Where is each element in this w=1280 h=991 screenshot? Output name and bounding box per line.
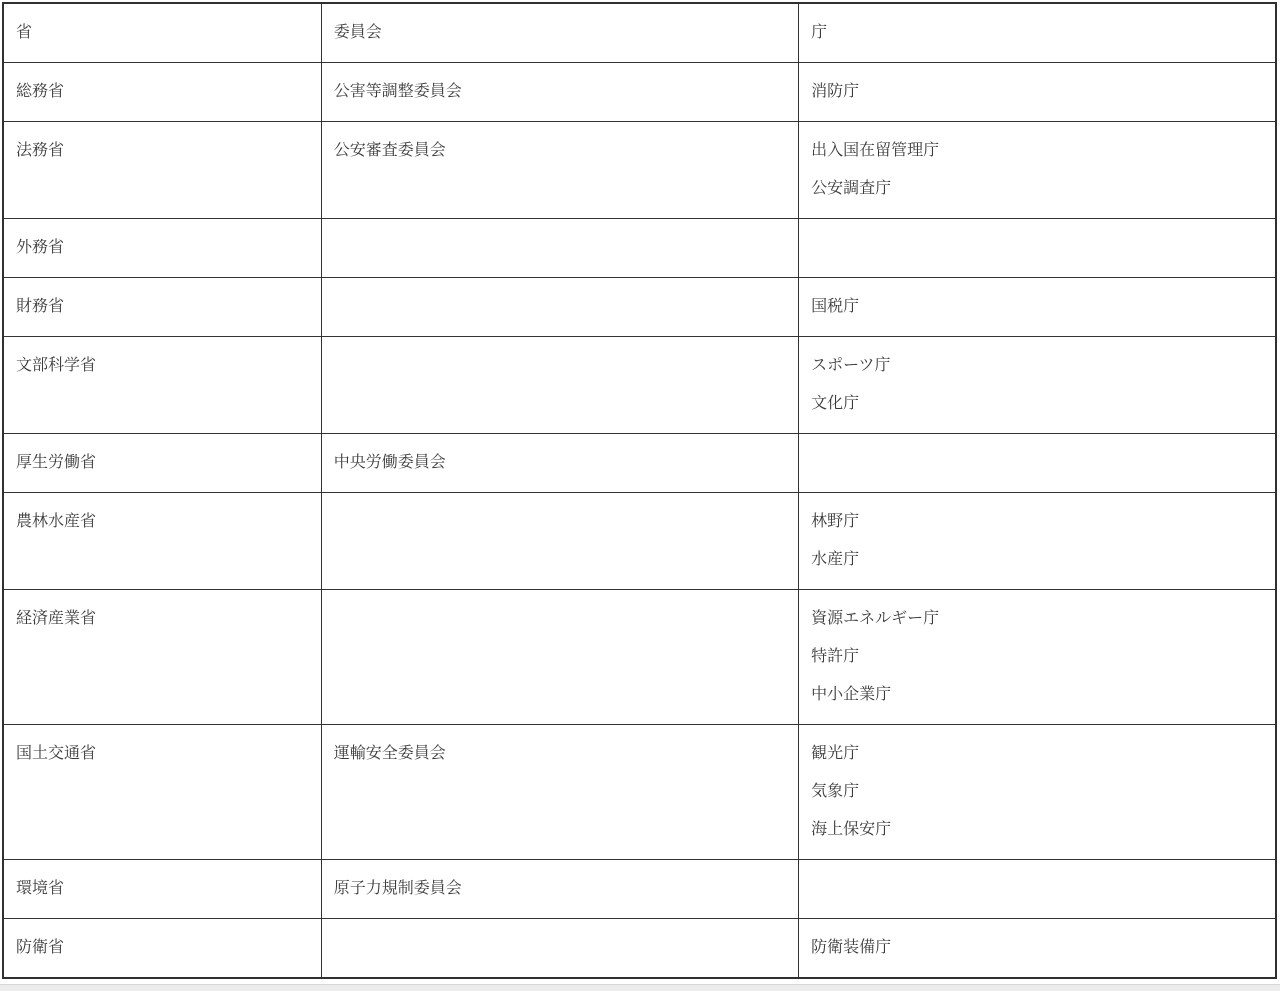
agency-name: 文化庁 — [811, 385, 1263, 423]
ministry-name: 防衛省 — [16, 929, 309, 967]
agency-name: スポーツ庁 — [811, 347, 1263, 385]
ministry-cell: 環境省 — [3, 860, 321, 919]
agency-name: 消防庁 — [811, 73, 1263, 111]
committee-cell: 公安審査委員会 — [321, 122, 798, 219]
header-ministry: 省 — [3, 3, 321, 63]
ministry-name: 厚生労働省 — [16, 444, 309, 482]
ministry-cell: 総務省 — [3, 63, 321, 122]
agency-name: 公安調査庁 — [811, 170, 1263, 208]
committee-cell: 原子力規制委員会 — [321, 860, 798, 919]
ministry-cell: 法務省 — [3, 122, 321, 219]
ministry-cell: 外務省 — [3, 219, 321, 278]
agency-cell: 国税庁 — [799, 278, 1276, 337]
agency-name: 海上保安庁 — [811, 811, 1263, 849]
table-row: 経済産業省資源エネルギー庁特許庁中小企業庁 — [3, 590, 1276, 725]
agency-name: 資源エネルギー庁 — [811, 600, 1263, 638]
committee-cell — [321, 919, 798, 979]
ministry-cell: 文部科学省 — [3, 337, 321, 434]
committee-name: 公安審査委員会 — [334, 132, 786, 170]
committee-cell — [321, 493, 798, 590]
committee-cell: 運輸安全委員会 — [321, 725, 798, 860]
agency-name: 水産庁 — [811, 541, 1263, 579]
committee-cell — [321, 590, 798, 725]
committee-cell — [321, 337, 798, 434]
committee-cell — [321, 219, 798, 278]
table-row: 法務省公安審査委員会出入国在留管理庁公安調査庁 — [3, 122, 1276, 219]
table-row: 防衛省防衛装備庁 — [3, 919, 1276, 979]
ministry-name: 環境省 — [16, 870, 309, 908]
header-row: 省 委員会 庁 — [3, 3, 1276, 63]
agency-name: 観光庁 — [811, 735, 1263, 773]
ministry-cell: 国土交通省 — [3, 725, 321, 860]
ministry-name: 総務省 — [16, 73, 309, 111]
committee-name: 中央労働委員会 — [334, 444, 786, 482]
table-row: 総務省公害等調整委員会消防庁 — [3, 63, 1276, 122]
committee-name: 原子力規制委員会 — [334, 870, 786, 908]
ministry-name: 国土交通省 — [16, 735, 309, 773]
header-agency: 庁 — [799, 3, 1276, 63]
agency-cell: 資源エネルギー庁特許庁中小企業庁 — [799, 590, 1276, 725]
table-row: 厚生労働省中央労働委員会 — [3, 434, 1276, 493]
agency-cell: 林野庁水産庁 — [799, 493, 1276, 590]
committee-cell — [321, 278, 798, 337]
agency-name: 防衛装備庁 — [811, 929, 1263, 967]
committee-name: 運輸安全委員会 — [334, 735, 786, 773]
ministries-table: 省 委員会 庁 総務省公害等調整委員会消防庁法務省公安審査委員会出入国在留管理庁… — [2, 2, 1277, 979]
agency-cell: スポーツ庁文化庁 — [799, 337, 1276, 434]
header-committee: 委員会 — [321, 3, 798, 63]
agency-cell — [799, 860, 1276, 919]
ministry-name: 外務省 — [16, 229, 309, 267]
ministry-cell: 厚生労働省 — [3, 434, 321, 493]
ministry-name: 農林水産省 — [16, 503, 309, 541]
agency-name: 特許庁 — [811, 638, 1263, 676]
ministry-name: 文部科学省 — [16, 347, 309, 385]
ministry-name: 財務省 — [16, 288, 309, 326]
agency-name: 中小企業庁 — [811, 676, 1263, 714]
table-row: 国土交通省運輸安全委員会観光庁気象庁海上保安庁 — [3, 725, 1276, 860]
agency-cell — [799, 434, 1276, 493]
ministry-cell: 経済産業省 — [3, 590, 321, 725]
committee-cell: 公害等調整委員会 — [321, 63, 798, 122]
committee-cell: 中央労働委員会 — [321, 434, 798, 493]
agency-name: 林野庁 — [811, 503, 1263, 541]
table-row: 農林水産省林野庁水産庁 — [3, 493, 1276, 590]
agency-cell: 消防庁 — [799, 63, 1276, 122]
agency-name: 気象庁 — [811, 773, 1263, 811]
page: 省 委員会 庁 総務省公害等調整委員会消防庁法務省公安審査委員会出入国在留管理庁… — [0, 0, 1280, 991]
ministry-cell: 農林水産省 — [3, 493, 321, 590]
ministry-cell: 財務省 — [3, 278, 321, 337]
ministry-name: 経済産業省 — [16, 600, 309, 638]
table-row: 外務省 — [3, 219, 1276, 278]
table-body: 総務省公害等調整委員会消防庁法務省公安審査委員会出入国在留管理庁公安調査庁外務省… — [3, 63, 1276, 979]
agency-cell: 観光庁気象庁海上保安庁 — [799, 725, 1276, 860]
agency-cell — [799, 219, 1276, 278]
agency-cell: 防衛装備庁 — [799, 919, 1276, 979]
agency-cell: 出入国在留管理庁公安調査庁 — [799, 122, 1276, 219]
page-bottom-strip — [0, 984, 1280, 991]
table-row: 環境省原子力規制委員会 — [3, 860, 1276, 919]
ministry-name: 法務省 — [16, 132, 309, 170]
ministry-cell: 防衛省 — [3, 919, 321, 979]
agency-name: 出入国在留管理庁 — [811, 132, 1263, 170]
agency-name: 国税庁 — [811, 288, 1263, 326]
table-row: 文部科学省スポーツ庁文化庁 — [3, 337, 1276, 434]
table-row: 財務省国税庁 — [3, 278, 1276, 337]
committee-name: 公害等調整委員会 — [334, 73, 786, 111]
